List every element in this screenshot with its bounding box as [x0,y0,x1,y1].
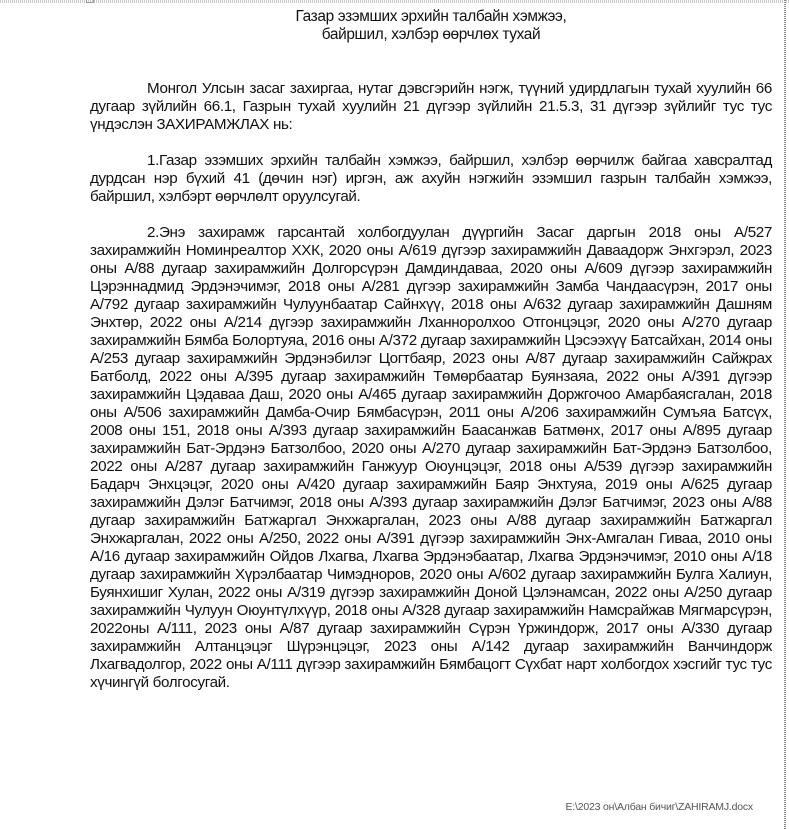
page-top-edge [0,0,789,3]
clause-1-paragraph: 1.Газар эзэмших эрхийн талбайн хэмжээ, б… [90,152,772,206]
title-line-1: Газар эзэмших эрхийн талбайн хэмжээ, [90,8,772,26]
document-page: Газар эзэмших эрхийн талбайн хэмжээ, бай… [90,8,772,692]
page-right-edge [784,0,786,829]
title-line-2: байршил, хэлбэр өөрчлөх тухай [90,26,772,44]
footer-file-path: E:\2023 он\Албан бичиг\ZAHIRAMJ.docx [566,801,754,813]
ruler-marker [86,0,94,3]
document-title: Газар эзэмших эрхийн талбайн хэмжээ, бай… [90,8,772,44]
intro-paragraph: Монгол Улсын засаг захиргаа, нутаг дэвсг… [90,80,772,134]
clause-2-paragraph: 2.Энэ захирамж гарсантай холбогдуулан дү… [90,224,772,692]
